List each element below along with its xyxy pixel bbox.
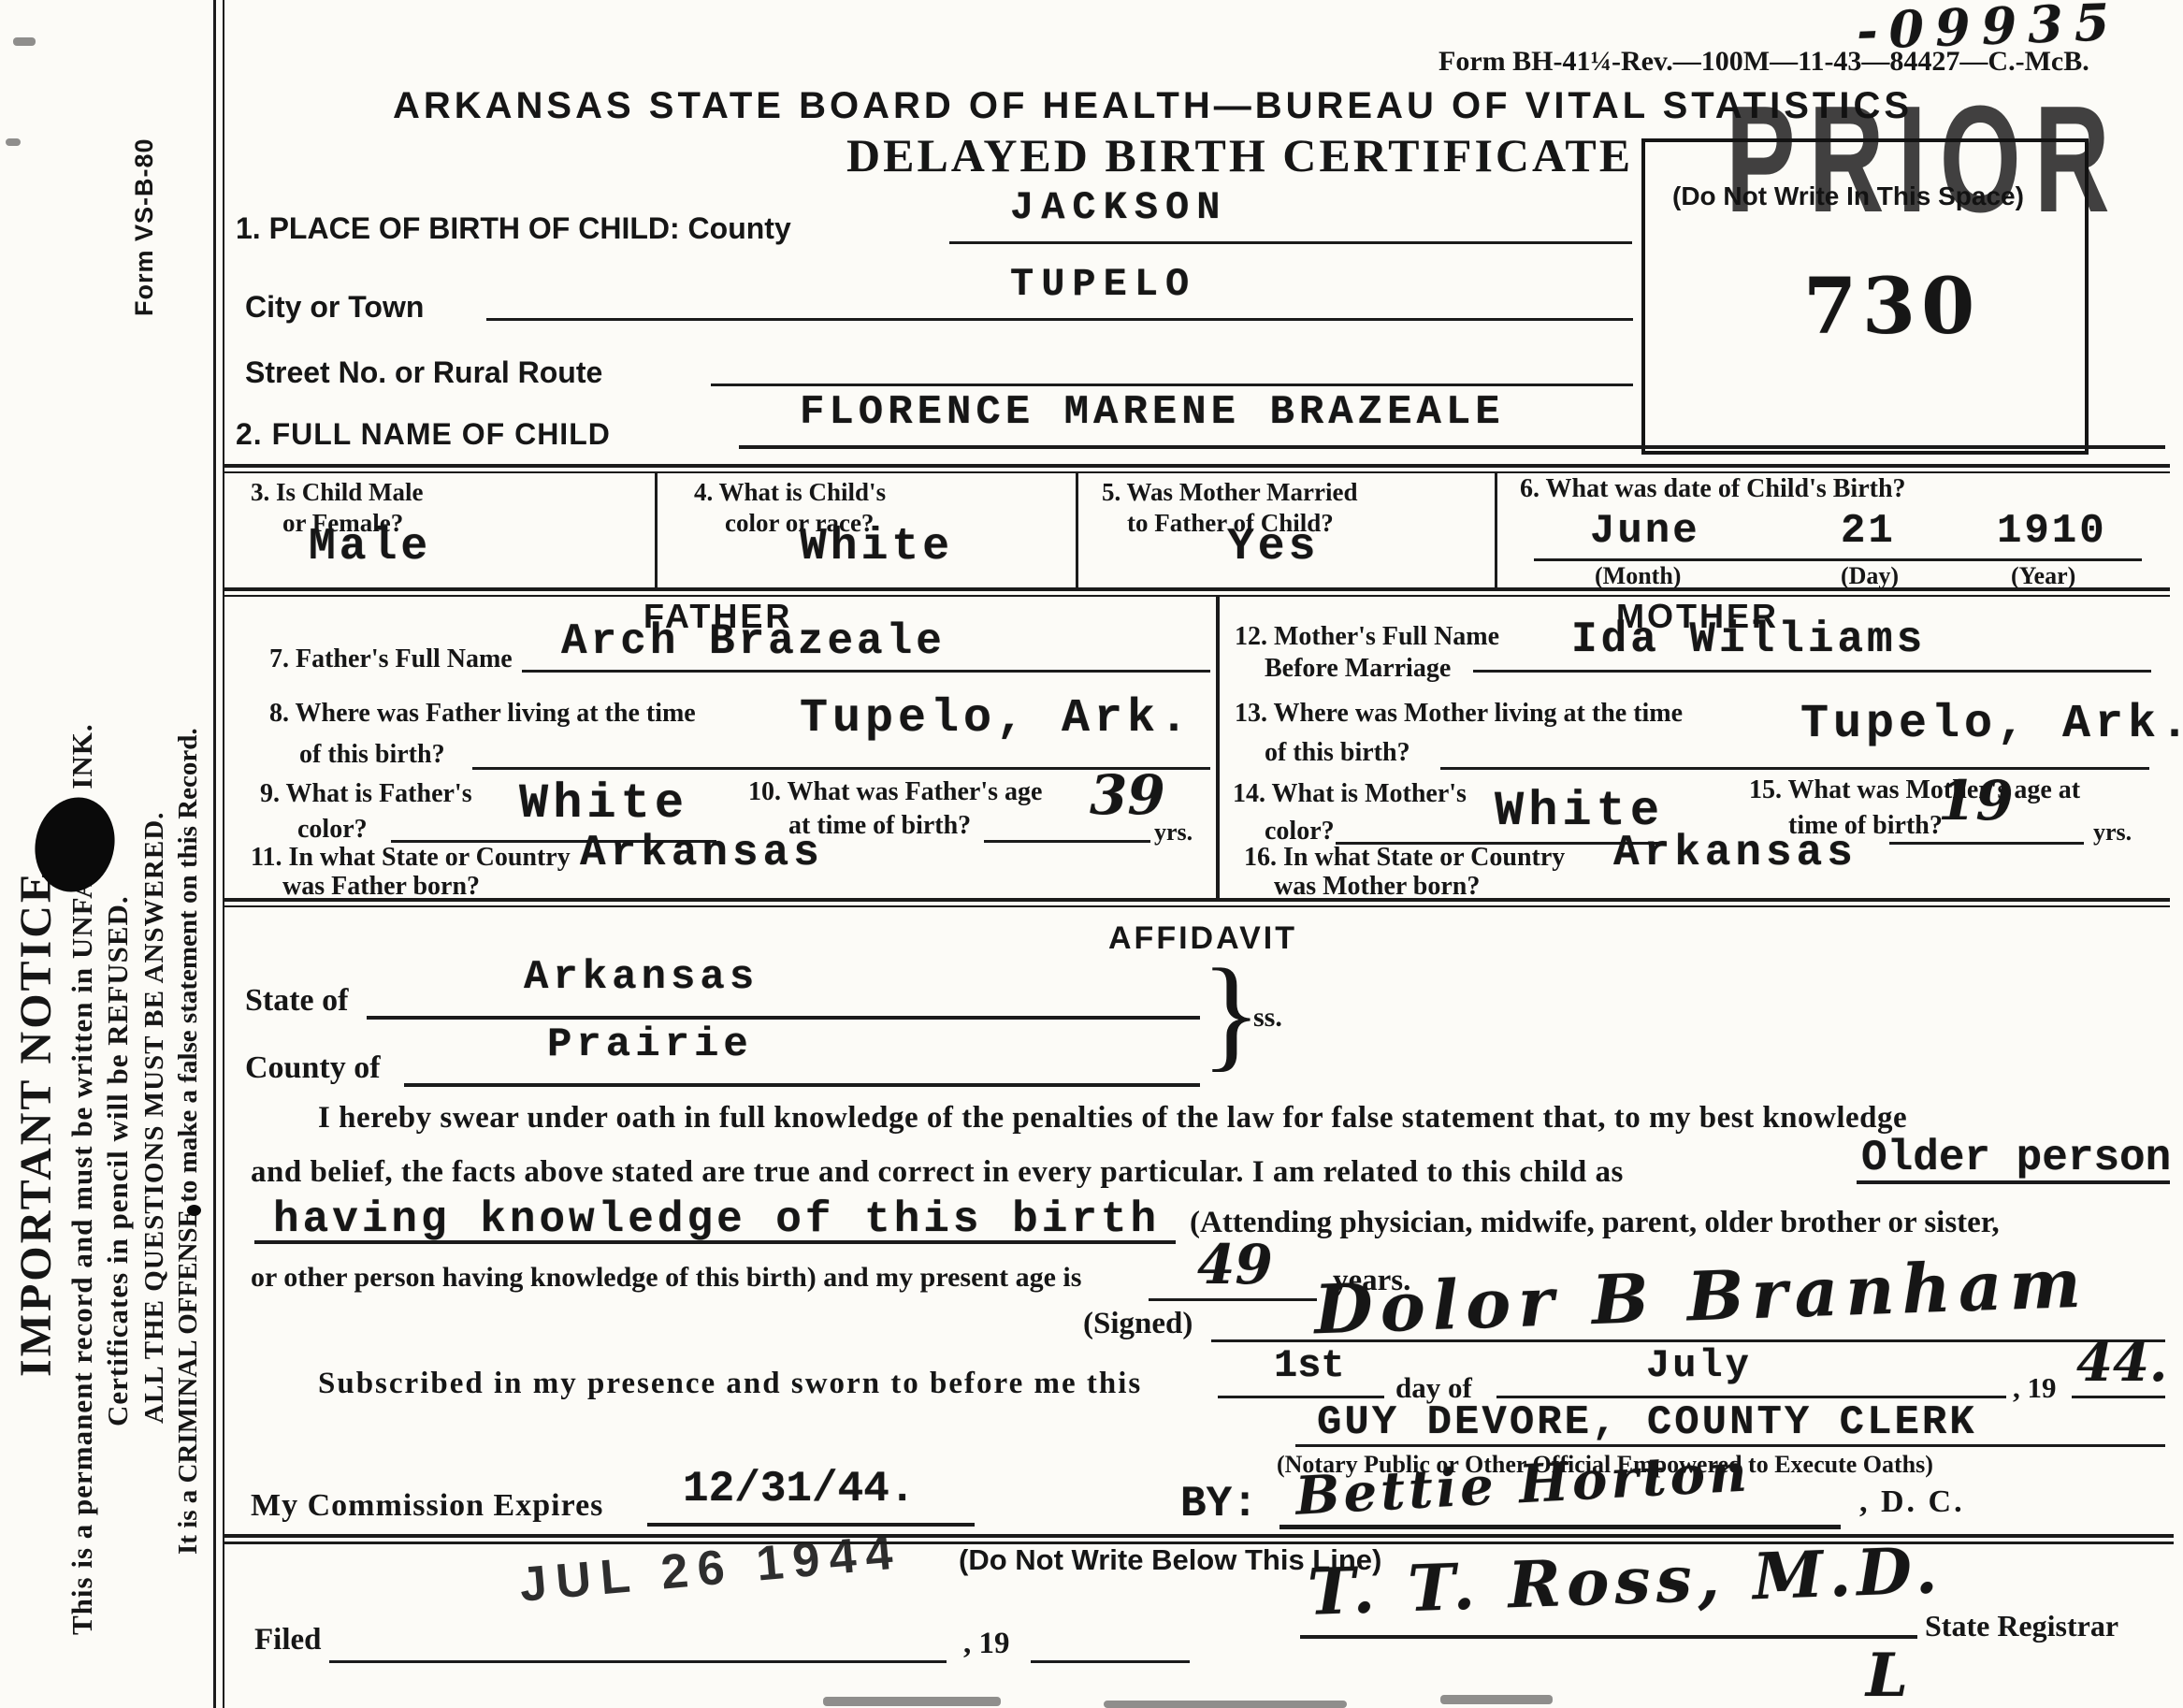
affidavit-paragraph-line4: or other person having knowledge of this… [251,1263,1081,1293]
q12-label-line1: 12. Mother's Full Name [1235,623,1499,651]
bottom-smudge-3 [1440,1695,1553,1704]
relation-line2-underline [254,1240,1176,1244]
received-date-stamp: JUL 26 1944 [517,1527,904,1612]
commission-expires-label: My Commission Expires [251,1489,603,1523]
child-name-value: FLORENCE MARENE BRAZEALE [800,391,1505,435]
q16-label-line2: was Mother born? [1274,873,1480,901]
grid-top-rule-b [223,471,2170,473]
father-residence-value: Tupelo, Ark. [800,694,1193,744]
affidavit-paragraph-line1: I hereby swear under oath in full knowle… [318,1102,1907,1135]
county-of-label: County of [245,1051,381,1085]
mother-age-value: 19 [1938,773,2014,830]
birth-month-value: June [1590,510,1700,554]
q8-label-line2: of this birth? [299,741,445,769]
sworn-year-line [2072,1396,2165,1398]
affidavit-top-rule-a [223,898,2170,902]
mother-birthplace-value: Arkansas [1613,831,1858,876]
q15-label-line1: 15. What was Mother's age at [1749,776,2080,804]
prior-stamp: PRIOR [1726,80,2123,240]
subscribed-text: Subscribed in my presence and sworn to b… [318,1368,1142,1400]
mother-name-value: Ida Williams [1571,617,1926,663]
commission-line [647,1523,975,1527]
sworn-day-line [1218,1396,1384,1398]
filed-label: Filed [254,1624,322,1657]
year-caption: (Year) [2011,563,2075,589]
q11-label-line2: was Father born? [282,873,480,901]
q3-label-line1: 3. Is Child Male [251,479,424,506]
sex-value: Male [309,524,431,572]
sworn-month-value: July [1646,1345,1752,1387]
grid-divider-1 [655,471,658,587]
q9-label-line2: color? [297,816,368,844]
month-caption: (Month) [1595,563,1681,589]
relation-value-line1: Older person [1861,1136,2171,1181]
child-name-line [739,445,2165,449]
county-clerk-value: GUY DEVORE, COUNTY CLERK [1317,1401,1977,1445]
margin-notice-line2: Certificates in pencil will be REFUSED. [103,895,134,1426]
dc-label: , D. C. [1859,1485,1965,1519]
affidavit-paragraph-line2: and belief, the facts above stated are t… [251,1156,1624,1189]
ink-dot [187,1205,201,1216]
margin-notice-line3: ALL THE QUESTIONS MUST BE ANSWERED. [140,812,169,1424]
q7-label: 7. Father's Full Name [269,645,513,673]
father-name-value: Arch Brazeale [561,619,946,665]
state-of-label: State of [245,984,348,1018]
birth-year-value: 1910 [1997,510,2107,554]
q1-place-of-birth-label: 1. PLACE OF BIRTH OF CHILD: County [236,213,791,245]
certificate-title: DELAYED BIRTH CERTIFICATE [846,131,1633,181]
father-color-value: White [519,778,688,830]
speck-2 [6,138,21,146]
ss-label: ss. [1253,1003,1282,1033]
street-line [711,384,1633,386]
grid-divider-3 [1495,471,1497,587]
city-value: TUPELO [1010,264,1196,306]
father-mother-divider [1216,595,1220,900]
county-value: JACKSON [1010,187,1227,229]
q16-label-line1: 16. In what State or Country [1244,844,1565,872]
q12-label-line2: Before Marriage [1265,655,1451,683]
state-line [367,1016,1200,1020]
sworn-month-line [1496,1396,2006,1398]
q11-label-line1: 11. In what State or Country [251,844,571,872]
deputy-signature-line [1279,1525,1841,1529]
state-value: Arkansas [524,956,759,1000]
signed-label: (Signed) [1083,1308,1193,1340]
father-name-line [522,670,1210,673]
q10-label-line1: 10. What was Father's age [748,778,1042,806]
sworn-year-value: 44. [2076,1336,2167,1391]
father-age-line [984,840,1150,843]
affidavit-county-value: Prairie [547,1023,753,1067]
affiant-signature: Dolor B Branham [1313,1248,2089,1346]
delayed-birth-certificate-scan: Form VS-B-80 IMPORTANT NOTICE This is a … [0,0,2183,1708]
birth-day-value: 21 [1841,510,1896,554]
mother-married-value: Yes [1227,524,1319,572]
relation-line1-underline [1857,1180,2170,1184]
mother-age-line [1889,842,2084,845]
father-birthplace-value: Arkansas [580,831,824,876]
q13-label-line1: 13. Where was Mother living at the time [1235,700,1683,728]
affiant-age-line [1149,1298,1317,1301]
county-line [949,241,1632,244]
mother-name-line [1473,670,2151,673]
affidavit-county-line [404,1083,1200,1087]
q6-label: 6. What was date of Child's Birth? [1520,475,1906,503]
grid-top-rule-a [223,464,2170,468]
commission-date-value: 12/31/44. [683,1467,915,1513]
q5-label-line1: 5. Was Mother Married [1102,479,1357,506]
affidavit-top-rule-b [223,905,2170,907]
signed-line [1211,1339,2165,1342]
state-registrar-signature: T. T. Ross, M.D. [1307,1537,1944,1627]
affiant-age-value: 49 [1197,1237,1273,1294]
bottom-smudge-2 [1104,1701,1347,1708]
state-registrar-label: State Registrar [1925,1611,2118,1643]
race-value: White [800,524,953,572]
margin-rule-inner [223,0,224,1708]
father-age-value: 39 [1090,767,1165,824]
q9-label-line1: 9. What is Father's [260,780,472,808]
city-label: City or Town [245,292,424,324]
signature-flourish: L [1866,1644,1908,1708]
mother-age-unit: yrs. [2093,819,2132,846]
father-age-unit: yrs. [1154,819,1193,846]
mother-residence-line [1440,767,2149,770]
by-label: BY: [1180,1482,1258,1527]
state-registrar-line [1300,1635,1917,1639]
mother-residence-value: Tupelo, Ark. [1800,700,2183,749]
affidavit-paragraph-line3: (Attending physician, midwife, parent, o… [1190,1207,2000,1239]
certificate-number-730: 730 [1803,267,1980,348]
day-caption: (Day) [1841,563,1899,589]
filed-19-label: , 19 [963,1628,1010,1660]
grid-divider-2 [1076,471,1078,587]
filed-line [329,1660,947,1663]
agency-title: ARKANSAS STATE BOARD OF HEALTH—BUREAU OF… [393,86,1913,125]
grid-bottom-rule-b [223,595,2170,597]
bottom-smudge-1 [823,1697,1001,1706]
speck-1 [13,37,36,46]
q2-full-name-label: 2. FULL NAME OF CHILD [236,419,611,451]
comma-19-label: , 19 [2013,1373,2057,1404]
q8-label-line1: 8. Where was Father living at the time [269,700,696,728]
filed-year-line [1031,1660,1190,1663]
margin-important-notice: IMPORTANT NOTICE [13,870,61,1377]
city-line [486,318,1633,321]
margin-rule-outer [213,0,216,1708]
q14-label-line1: 14. What is Mother's [1233,780,1467,808]
sworn-day-value: 1st [1274,1345,1345,1387]
q4-label-line1: 4. What is Child's [694,479,886,506]
q13-label-line2: of this birth? [1265,739,1410,767]
relation-value-line2: having knowledge of this birth [273,1197,1160,1243]
form-number: Form BH-41¼-Rev.—100M—11-43—84427—C.-McB… [1438,47,2089,77]
margin-form-code: Form VS-B-80 [131,138,158,316]
margin-notice-line4: It is a CRIMINAL OFFENSE to make a false… [174,728,203,1555]
birth-date-line [1534,558,2142,561]
street-label: Street No. or Rural Route [245,357,602,389]
q14-label-line2: color? [1265,818,1335,846]
